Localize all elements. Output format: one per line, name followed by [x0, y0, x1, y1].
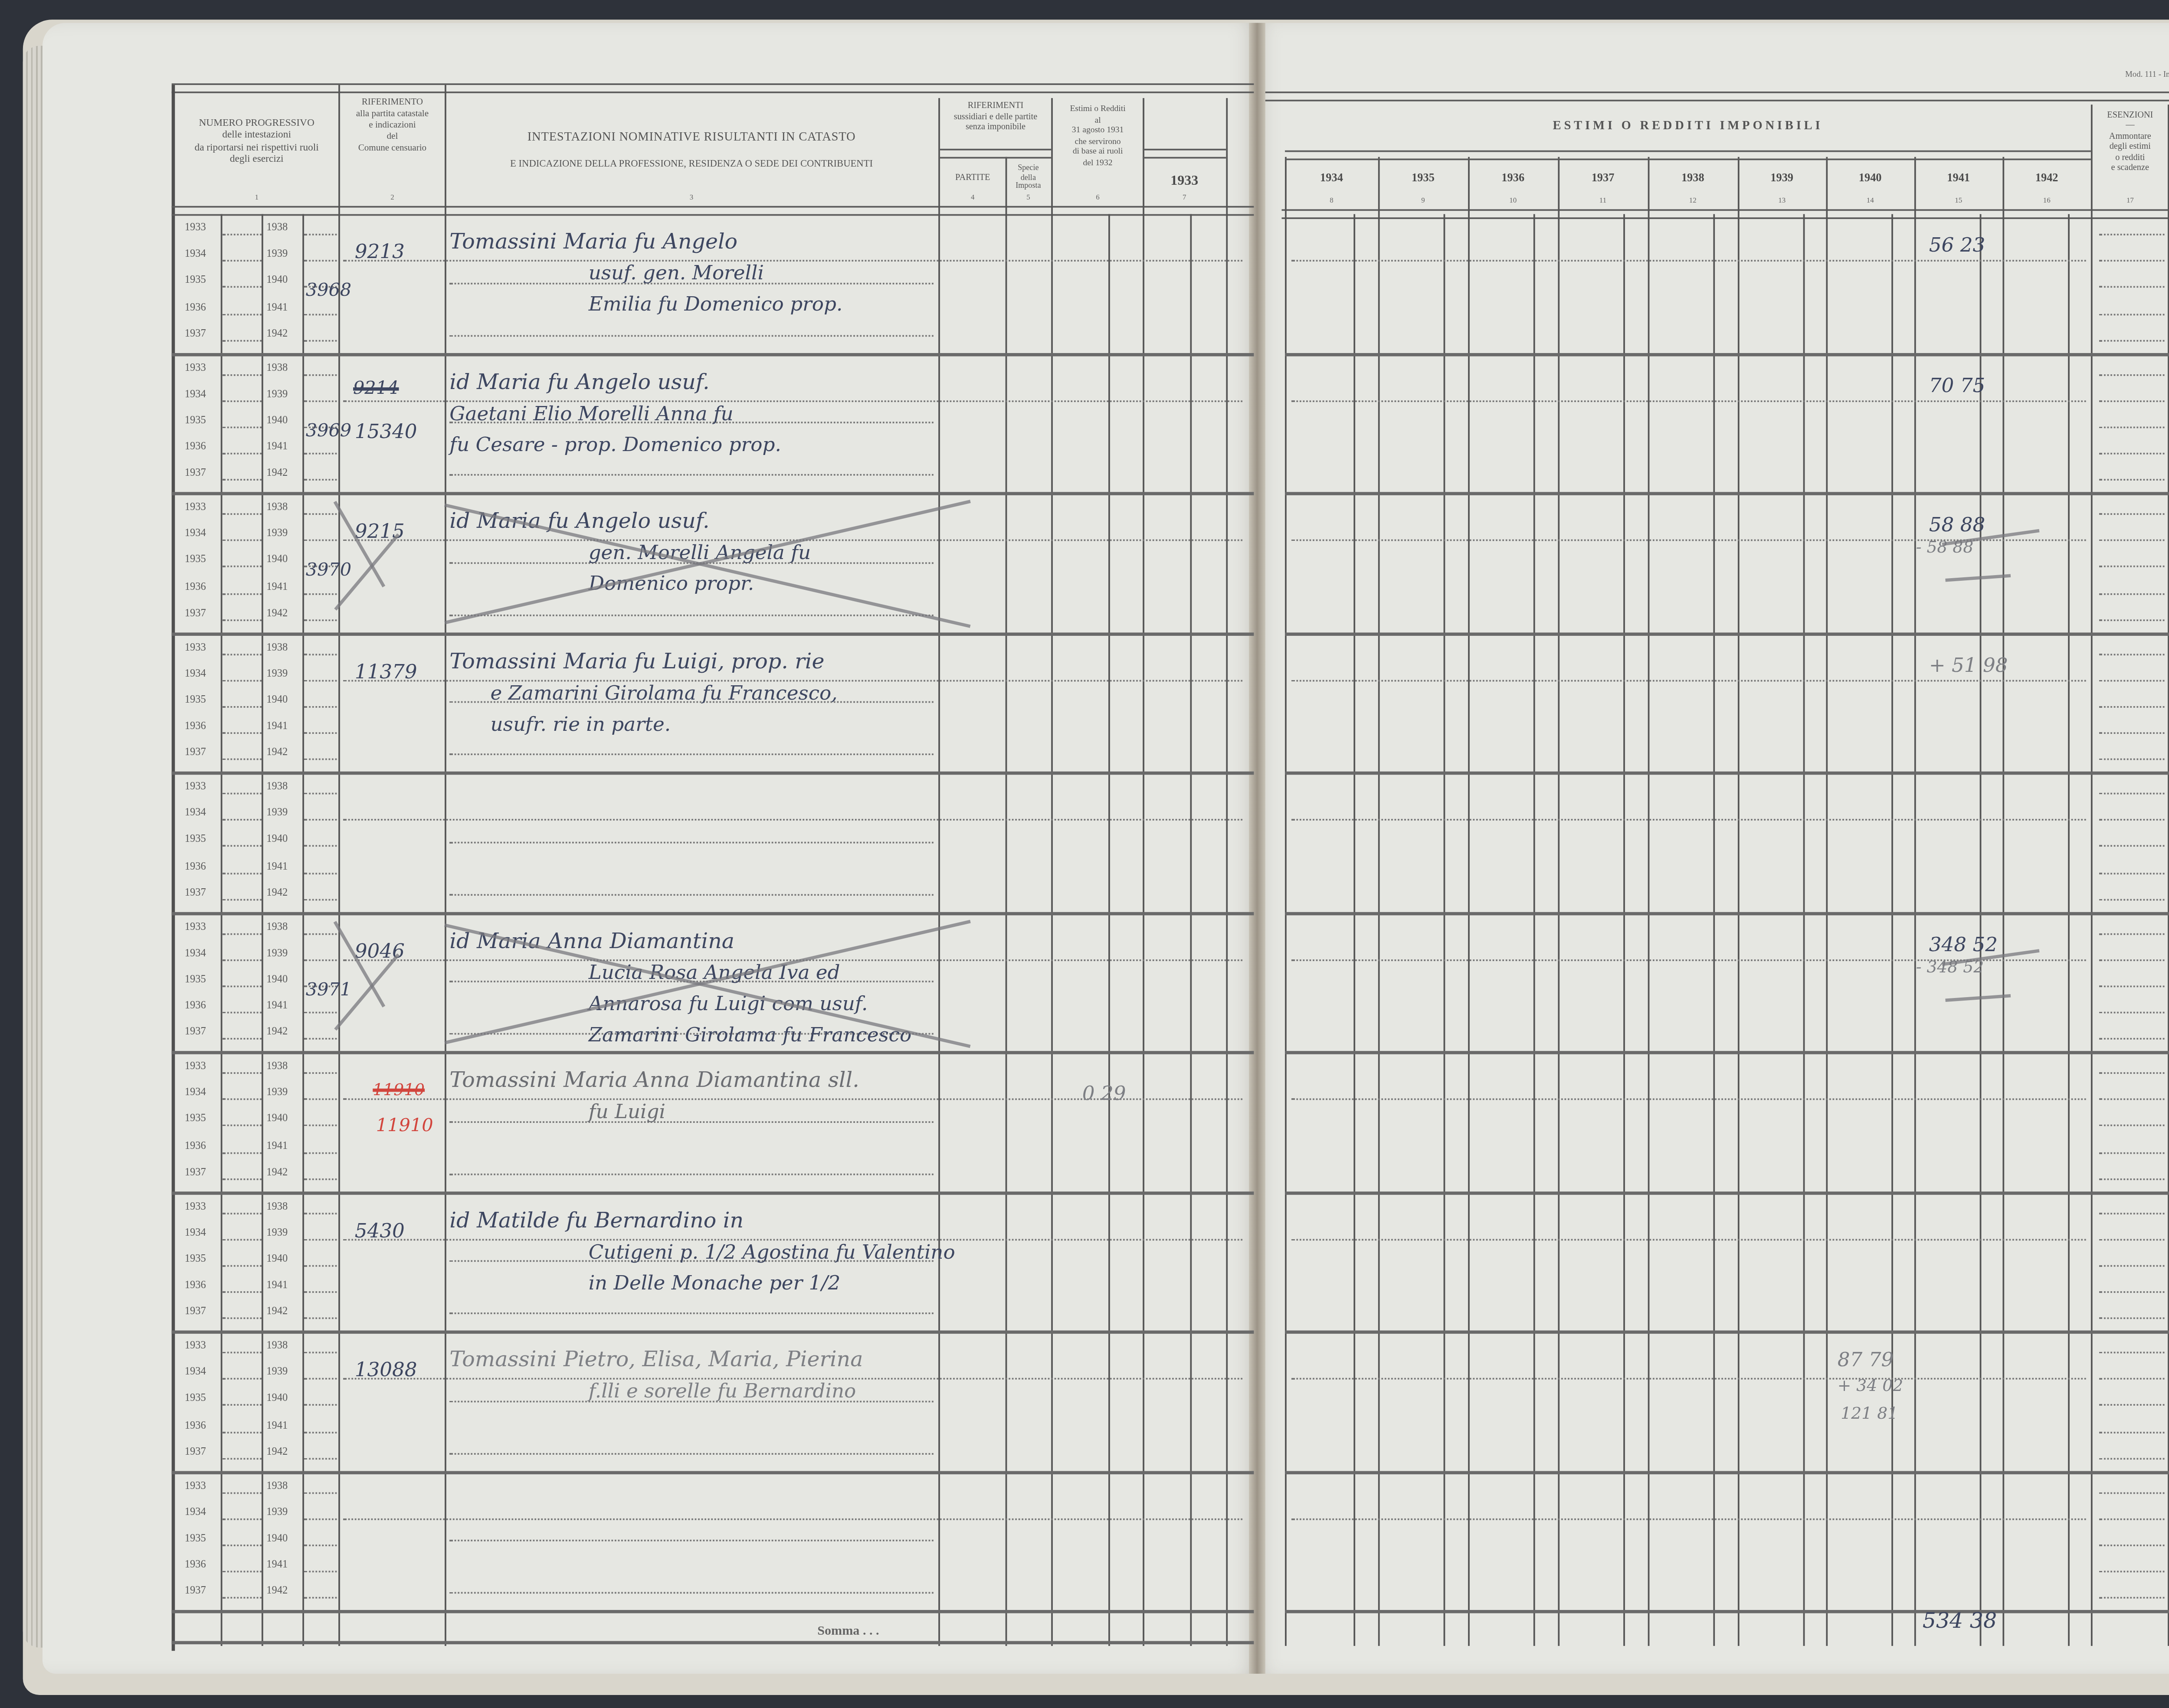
dotted-line: [223, 706, 262, 708]
dotted-line: [2099, 819, 2165, 821]
year-label: 1939: [266, 1367, 288, 1378]
row-rule: [1285, 1191, 2169, 1194]
year-label: 1942: [266, 1306, 288, 1318]
dotted-line: [304, 340, 337, 341]
year-label: 1938: [266, 781, 288, 792]
dotted-line: [304, 234, 337, 236]
dotted-line: [2099, 653, 2165, 655]
row-rule: [1285, 632, 2169, 635]
header-sub: o redditi: [2093, 153, 2168, 164]
dotted-line: [304, 1099, 337, 1100]
dotted-line: [304, 513, 337, 515]
row-rule: [1285, 1051, 2169, 1054]
dotted-line: [304, 1318, 337, 1320]
year-label: 1934: [185, 249, 206, 260]
year-label: 1937: [185, 1586, 206, 1597]
year-label: 1938: [266, 222, 288, 234]
year-label: 1934: [185, 808, 206, 819]
header-title: NUMERO PROGRESSIVO: [177, 118, 337, 130]
name-line: in Delle Monache per 1/2: [589, 1271, 841, 1294]
header-sub: che servirono: [1053, 137, 1143, 148]
year-label: 1941: [266, 1280, 288, 1291]
name-line: e Zamarini Girolama fu Francesco,: [491, 681, 838, 704]
column-number: 12: [1648, 196, 1738, 204]
dotted-line: [223, 1212, 262, 1214]
dotted-line: [223, 1518, 262, 1520]
dotted-line: [449, 474, 933, 476]
dotted-line: [304, 1405, 337, 1407]
dotted-line: [2099, 846, 2165, 847]
year-header-1936: 1936: [1468, 172, 1558, 185]
header-sub: del 1932: [1053, 158, 1143, 169]
subcol-divider: [262, 214, 263, 1646]
year-label: 1942: [266, 608, 288, 619]
year-label: 1938: [266, 362, 288, 373]
dotted-line: [304, 793, 337, 795]
column-number: 3: [446, 193, 937, 201]
dotted-line: [1291, 1238, 2086, 1240]
dotted-line: [2099, 1291, 2165, 1293]
dotted-line: [2099, 426, 2165, 428]
dotted-line: [304, 1431, 337, 1433]
header-intestazioni-sub: E INDICAZIONE DELLA PROFESSIONE, RESIDEN…: [446, 160, 937, 172]
year-label: 1935: [185, 1533, 206, 1544]
dotted-line: [2099, 872, 2165, 874]
dotted-line: [304, 592, 337, 594]
dotted-line: [1291, 400, 2086, 402]
header-sub: e scadenze: [2093, 164, 2168, 174]
dotted-line: [2099, 453, 2165, 455]
year-label: 1933: [185, 362, 206, 373]
header-sub: al: [1053, 115, 1143, 126]
dotted-line: [223, 260, 262, 262]
dotted-line: [2099, 1431, 2165, 1433]
header-sub: Specie: [1006, 165, 1052, 174]
year-label: 1933: [185, 641, 206, 653]
progressive-number: 3971: [306, 978, 352, 999]
year-label: 1933: [185, 1061, 206, 1072]
dotted-line: [2099, 1265, 2165, 1266]
year-label: 1939: [266, 528, 288, 540]
dotted-line: [223, 566, 262, 568]
dotted-line: [223, 400, 262, 402]
dotted-line: [2099, 1238, 2165, 1240]
header-rule-left: [172, 206, 1254, 216]
dotted-line: [304, 1492, 337, 1493]
value-1932: 0 29: [1082, 1082, 1126, 1105]
dotted-line: [343, 260, 1242, 262]
column-number: 5: [1006, 193, 1052, 201]
sub-header-rule: [1285, 151, 2091, 160]
year-label: 1933: [185, 222, 206, 234]
subcol-divider: [1891, 214, 1893, 1646]
dotted-line: [223, 959, 262, 961]
column-number: 13: [1738, 196, 1826, 204]
header-sub: Estimi o Redditi: [1053, 105, 1143, 115]
year-label: 1942: [266, 1167, 288, 1178]
partita-number: 11379: [355, 660, 417, 683]
year-label: 1936: [185, 861, 206, 872]
year-label: 1935: [185, 275, 206, 287]
top-rule-right: [1265, 92, 2169, 101]
row-rule: [1285, 1331, 2169, 1334]
year-label: 1935: [185, 415, 206, 426]
dotted-line: [2099, 1518, 2165, 1520]
header-specie: Specie della Imposta: [1006, 165, 1052, 192]
dotted-line: [223, 933, 262, 934]
header-sub: senza imponibile: [940, 123, 1051, 134]
column-number: 1: [177, 193, 337, 201]
year-label: 1935: [185, 834, 206, 845]
dotted-line: [304, 846, 337, 847]
dotted-line: [449, 1312, 933, 1314]
year-label: 1941: [266, 1560, 288, 1571]
dotted-line: [304, 313, 337, 315]
dotted-line: [304, 733, 337, 734]
dotted-line: [449, 1540, 933, 1542]
dotted-line: [223, 1405, 262, 1407]
row-rule: [172, 911, 1254, 915]
row-rule: [1285, 911, 2169, 915]
subcol-divider: [1980, 214, 1982, 1646]
header-partite: PARTITE: [940, 173, 1006, 185]
year-label: 1938: [266, 502, 288, 513]
dotted-line: [223, 1038, 262, 1040]
dotted-line: [304, 1518, 337, 1520]
dotted-line: [304, 1571, 337, 1573]
year-label: 1934: [185, 389, 206, 400]
year-label: 1941: [266, 442, 288, 453]
year-label: 1939: [266, 948, 288, 959]
col-divider: [1285, 157, 1287, 1646]
dotted-line: [2099, 1012, 2165, 1014]
progressive-number: 3969: [306, 419, 352, 441]
dotted-line: [304, 479, 337, 481]
partita-number: 15340: [355, 419, 417, 442]
dotted-line: [304, 1352, 337, 1354]
dotted-line: [2099, 759, 2165, 761]
dotted-line: [223, 819, 262, 821]
dotted-line: [223, 793, 262, 795]
dotted-line: [449, 334, 933, 336]
year-label: 1938: [266, 1061, 288, 1072]
name-line: id Maria Anna Diamantina: [449, 929, 734, 954]
dotted-line: [343, 1518, 1242, 1520]
dotted-line: [304, 819, 337, 821]
year-label: 1939: [266, 1087, 288, 1099]
dotted-line: [1291, 819, 2086, 821]
header-sub: degli esercizi: [177, 154, 337, 166]
dotted-line: [2099, 540, 2165, 541]
year-label: 1937: [185, 608, 206, 619]
dotted-line: [304, 1238, 337, 1240]
header-esenzioni: ESENZIONI — Ammontare degli estimi o red…: [2093, 111, 2168, 174]
year-label: 1938: [266, 1201, 288, 1212]
dotted-line: [223, 592, 262, 594]
dotted-line: [2099, 260, 2165, 262]
year-label: 1935: [185, 1114, 206, 1125]
year-label: 1937: [185, 1167, 206, 1178]
col-divider: [1006, 157, 1007, 1646]
year-label: 1942: [266, 887, 288, 899]
dotted-line: [2099, 959, 2165, 961]
year-header-1939: 1939: [1738, 172, 1826, 185]
value-1940: 87 79: [1838, 1348, 1894, 1371]
year-header-1934: 1934: [1285, 172, 1378, 185]
col-divider: [938, 98, 940, 1646]
year-label: 1942: [266, 1586, 288, 1597]
partita-old: 11910: [373, 1082, 425, 1100]
dotted-line: [304, 373, 337, 375]
dotted-line: [304, 1291, 337, 1293]
row-rule: [172, 1051, 1254, 1054]
header-estimi-1931: Estimi o Redditi al 31 agosto 1931 che s…: [1053, 105, 1143, 169]
dotted-line: [304, 680, 337, 681]
dotted-line: [1291, 680, 2086, 681]
row-rule: [172, 632, 1254, 635]
sub-header-rule: [938, 149, 1051, 159]
row-rule: [172, 1470, 1254, 1474]
dotted-line: [304, 759, 337, 761]
row-rule: [172, 772, 1254, 775]
year-label: 1940: [266, 275, 288, 287]
dotted-line: [223, 846, 262, 847]
col-divider: [1914, 157, 1916, 1646]
dotted-line: [2099, 1544, 2165, 1546]
year-label: 1940: [266, 834, 288, 845]
year-label: 1933: [185, 1340, 206, 1351]
year-label: 1940: [266, 1253, 288, 1265]
dotted-line: [2099, 566, 2165, 568]
year-label: 1941: [266, 1420, 288, 1431]
dotted-line: [223, 1492, 262, 1493]
header-intestazioni: INTESTAZIONI NOMINATIVE RISULTANTI IN CA…: [446, 131, 937, 143]
dotted-line: [223, 1352, 262, 1354]
dotted-line: [223, 426, 262, 428]
year-label: 1937: [185, 747, 206, 759]
name-line: Tomassini Maria Anna Diamantina sll.: [449, 1069, 859, 1094]
year-label: 1934: [185, 668, 206, 679]
col-divider: [1378, 157, 1380, 1646]
year-label: 1936: [185, 1001, 206, 1012]
name-line: id Matilde fu Bernardino in: [449, 1209, 744, 1234]
year-label: 1937: [185, 328, 206, 340]
dotted-line: [304, 619, 337, 621]
dotted-line: [1291, 1378, 2086, 1380]
name-line: Tomassini Pietro, Elisa, Maria, Pierina: [449, 1348, 863, 1373]
year-header-1938: 1938: [1648, 172, 1738, 185]
year-label: 1939: [266, 808, 288, 819]
year-label: 1941: [266, 1140, 288, 1152]
dotted-line: [2099, 287, 2165, 288]
dotted-line: [304, 1458, 337, 1459]
value-1940-total: 121 81: [1841, 1406, 1898, 1423]
year-label: 1942: [266, 1446, 288, 1457]
dotted-line: [304, 1212, 337, 1214]
name-line: id Maria fu Angelo usuf.: [449, 370, 709, 395]
header-rule-right: [1282, 209, 2169, 219]
dotted-line: [223, 1012, 262, 1014]
dotted-line: [223, 1178, 262, 1180]
year-label: 1939: [266, 389, 288, 400]
dotted-line: [2099, 1212, 2165, 1214]
header-sub: del: [340, 132, 445, 144]
dotted-line: [223, 619, 262, 621]
row-rule: [1285, 1610, 2169, 1613]
year-label: 1938: [266, 1480, 288, 1491]
row-rule: [172, 1191, 1254, 1194]
dotted-line: [2099, 1072, 2165, 1074]
year-header-1933: 1933: [1143, 172, 1226, 188]
dotted-line: [223, 899, 262, 900]
dotted-line: [2099, 680, 2165, 681]
dotted-line: [2099, 1178, 2165, 1180]
header-sub: di base ai ruoli: [1053, 148, 1143, 159]
dotted-line: [223, 1318, 262, 1320]
year-label: 1933: [185, 781, 206, 792]
column-number: 10: [1468, 196, 1558, 204]
somma-total-1941: 534 38: [1923, 1610, 1997, 1635]
column-number: 7: [1143, 193, 1226, 201]
dotted-line: [304, 1125, 337, 1127]
year-header-1942: 1942: [2002, 172, 2090, 185]
name-line: fu Cesare - prop. Domenico prop.: [449, 432, 781, 455]
year-label: 1937: [185, 1446, 206, 1457]
year-label: 1939: [266, 249, 288, 260]
row-rule: [1285, 772, 2169, 775]
dotted-line: [223, 1099, 262, 1100]
header-sub: da riportarsi nei rispettivi ruoli: [177, 142, 337, 154]
year-label: 1939: [266, 1506, 288, 1518]
book-gutter: [1249, 23, 1265, 1674]
column-number: 11: [1558, 196, 1648, 204]
year-label: 1935: [185, 1253, 206, 1265]
dotted-line: [2099, 1405, 2165, 1407]
column-number: 4: [940, 193, 1006, 201]
header-sub: della: [1006, 174, 1052, 183]
dotted-line: [223, 287, 262, 288]
dotted-line: [223, 680, 262, 681]
column-number: 8: [1285, 196, 1378, 204]
name-line: Emilia fu Domenico prop.: [589, 293, 843, 316]
value-1941: 56 23: [1929, 234, 1985, 257]
dotted-line: [223, 1597, 262, 1599]
name-line: usuf. gen. Morelli: [589, 262, 764, 285]
dotted-line: [2099, 1458, 2165, 1459]
dotted-line: [449, 893, 933, 895]
partita-old: 9214: [353, 377, 399, 398]
header-sub: e indicazioni: [340, 121, 445, 132]
header-sub: Imposta: [1006, 183, 1052, 192]
col-divider: [445, 85, 446, 1646]
dotted-line: [304, 653, 337, 655]
year-label: 1940: [266, 1114, 288, 1125]
dotted-line: [449, 1452, 933, 1454]
dotted-line: [2099, 733, 2165, 734]
dotted-line: [223, 373, 262, 375]
year-label: 1937: [185, 1306, 206, 1318]
dotted-line: [223, 453, 262, 455]
year-label: 1935: [185, 974, 206, 985]
year-label: 1940: [266, 694, 288, 706]
somma-label: Somma . . .: [817, 1623, 879, 1638]
year-label: 1936: [185, 721, 206, 732]
column-number: 6: [1053, 193, 1143, 201]
column-number: 9: [1378, 196, 1468, 204]
year-label: 1942: [266, 328, 288, 340]
header-sub: Comune censuario: [340, 144, 445, 155]
col-divider: [1558, 157, 1560, 1646]
year-label: 1936: [185, 442, 206, 453]
year-label: 1941: [266, 721, 288, 732]
year-label: 1933: [185, 502, 206, 513]
column-number: 17: [2093, 196, 2168, 204]
subcol-divider: [1623, 214, 1625, 1646]
partita-number: 13088: [355, 1358, 417, 1381]
col-divider: [338, 85, 340, 1646]
dotted-line: [2099, 1571, 2165, 1573]
header-title: ESENZIONI: [2093, 111, 2168, 121]
year-label: 1938: [266, 641, 288, 653]
dotted-line: [2099, 1352, 2165, 1354]
row-rule: [172, 352, 1254, 356]
dotted-line: [223, 1072, 262, 1074]
year-label: 1942: [266, 468, 288, 479]
year-label: 1942: [266, 747, 288, 759]
year-label: 1937: [185, 468, 206, 479]
dotted-line: [2099, 513, 2165, 515]
dotted-line: [449, 753, 933, 755]
dotted-line: [449, 841, 933, 843]
dotted-line: [223, 1265, 262, 1266]
col-divider: [2091, 105, 2093, 1646]
col-divider: [1826, 157, 1828, 1646]
dotted-line: [2099, 1378, 2165, 1380]
header-estimi-imponibili: ESTIMI O REDDITI IMPONIBILI: [1285, 119, 2091, 131]
dotted-line: [223, 1291, 262, 1293]
year-label: 1940: [266, 1533, 288, 1544]
year-header-1940: 1940: [1826, 172, 1914, 185]
year-label: 1934: [185, 1087, 206, 1099]
dotted-line: [2099, 313, 2165, 315]
year-label: 1934: [185, 1367, 206, 1378]
value-1941: 70 75: [1929, 373, 1985, 396]
row-rule: [172, 1331, 1254, 1334]
year-label: 1935: [185, 1393, 206, 1404]
dotted-line: [223, 1571, 262, 1573]
dotted-line: [449, 1592, 933, 1594]
dotted-line: [223, 1458, 262, 1459]
dotted-line: [223, 1378, 262, 1380]
dotted-line: [2099, 340, 2165, 341]
col-divider: [1468, 157, 1470, 1646]
partita-number: 5430: [355, 1218, 405, 1241]
dotted-line: [304, 1152, 337, 1153]
header-title: RIFERIMENTI: [940, 101, 1051, 112]
value-1940-add: + 34 02: [1838, 1378, 1903, 1396]
dotted-line: [304, 260, 337, 262]
col-divider: [1143, 98, 1144, 1646]
year-label: 1938: [266, 1340, 288, 1351]
dotted-line: [449, 614, 933, 615]
dotted-line: [2099, 373, 2165, 375]
dotted-line: [223, 479, 262, 481]
dotted-line: [2099, 479, 2165, 481]
year-label: 1939: [266, 1227, 288, 1238]
dotted-line: [2099, 1318, 2165, 1320]
year-label: 1937: [185, 1027, 206, 1038]
progressive-number: 3970: [306, 559, 352, 580]
